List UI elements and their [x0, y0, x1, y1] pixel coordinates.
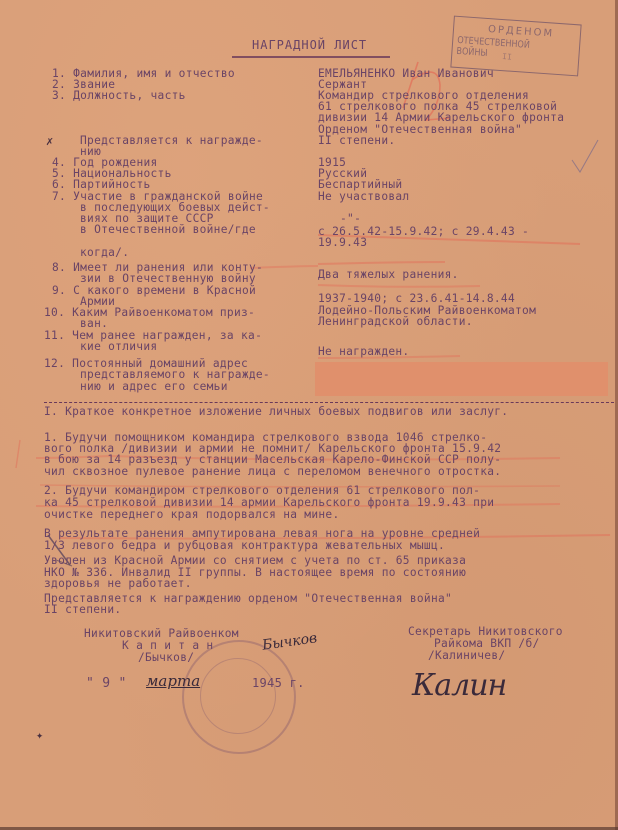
field-7-value-1: Не участвовал [318, 191, 409, 202]
redacted-address [315, 362, 608, 396]
field-8-label-2: зии в Отечественную войну [80, 273, 256, 284]
section-divider [44, 402, 614, 403]
right-signatory-org: Райкома ВКП /б/ [434, 638, 540, 649]
field-8-value: Два тяжелых ранения. [318, 269, 459, 280]
field-7-label-5: когда/. [80, 247, 129, 258]
narrative-line: здоровья не работает. [44, 578, 192, 589]
nomination-label-1: Представляется к награжде- [80, 135, 263, 146]
left-signatory-title: Никитовский Райвоенком [84, 628, 239, 639]
field-7-label-4: в Отечественной войне/где [80, 224, 256, 235]
narrative-line: чил сквозное пулевое ранение лица с пере… [44, 466, 501, 477]
narrative-line: ка 45 стрелковой дивизии 14 армии Карель… [44, 497, 494, 508]
field-11-label-2: кие отличия [80, 341, 157, 352]
narrative-line: 1/3 левого бедра и рубцовая контрактура … [44, 540, 445, 551]
field-11-value: Не награжден. [318, 346, 409, 357]
narrative-line: II степени. [44, 604, 121, 615]
document-page: НАГРАДНОЙ ЛИСТ ОРДЕНОМ ОТЕЧЕСТВЕННОЙ ВОЙ… [0, 0, 618, 830]
narrative-line: 2. Будучи командиром стрелкового отделен… [44, 485, 480, 496]
field-7-value-4: 19.9.43 [318, 237, 367, 248]
narrative-line: очистке переднего края подорвался на мин… [44, 509, 340, 520]
field-3-label: 3. Должность, часть [52, 90, 186, 101]
seal-emblem [200, 658, 276, 734]
field-10-label-2: ван. [80, 318, 108, 329]
check-mark-icon: ✗ [46, 134, 53, 148]
date-day: " 9 " [86, 678, 127, 689]
left-signatory-name: /Бычков/ [138, 652, 194, 663]
date-month: марта [146, 672, 200, 690]
field-12-label-3: нию и адрес его семьи [80, 381, 228, 392]
narrative-line: в бою за 14 разъезд у станции Масельская… [44, 454, 501, 465]
narrative-line: Уволен из Красной Армии со снятием с уче… [44, 555, 466, 566]
ink-spot-icon: ✦ [36, 728, 43, 742]
official-seal [182, 640, 296, 754]
left-signatory-rank: К а п и т а н [122, 640, 213, 651]
right-handwritten-signature: Калин [412, 668, 506, 703]
field-10-value-2: Ленинградской области. [318, 316, 473, 327]
right-signatory-title: Секретарь Никитовского [408, 626, 563, 637]
field-6-value: Беспартийный [318, 179, 402, 190]
field-9-value: 1937-1940; с 23.6.41-14.8.44 [318, 293, 515, 304]
right-signatory-name: /Калиничев/ [428, 650, 505, 661]
field-10-label-1: 10. Каким Райвоенкоматом приз- [44, 307, 255, 318]
field-6-label: 6. Партийность [52, 179, 151, 190]
field-12-label-2: представляемого к награжде- [80, 369, 270, 380]
date-year: 1945 г. [252, 678, 305, 689]
narrative-line: В результате ранения ампутирована левая … [44, 528, 480, 539]
field-7-value-2: -"- [340, 213, 361, 224]
field-3-value-3: дивизии 14 Армии Карельского фронта [318, 112, 564, 123]
section-heading: I. Краткое конкретное изложение личных б… [44, 406, 508, 417]
nomination-value-2: II степени. [318, 135, 395, 146]
